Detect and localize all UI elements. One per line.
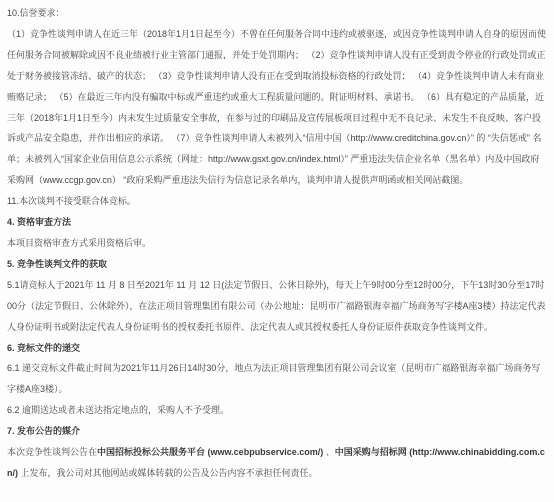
text-run: 6. 竞标文件的递交 — [7, 343, 80, 353]
text-run: 上发布，我公司对其他网站或媒体转载的公告及公告内容不承担任何责任。 — [21, 468, 318, 478]
paragraph: 本项目资格审查方式采用资格后审。 — [7, 233, 547, 254]
text-run: 10.信誉要求： — [7, 8, 65, 18]
section-heading: 7. 发布公告的媒介 — [7, 421, 547, 442]
paragraph: （1）竞争性谈判申请人在近三年（2018年1月1日起至今）不曾在任何服务合同中违… — [7, 24, 547, 191]
text-run: 中国招标投标公共服务平台 (www.cebpubservice.com/) — [97, 447, 326, 457]
text-run: 11.本次谈判不接受联合体竞标。 — [7, 196, 136, 206]
text-run: （1）竞争性谈判申请人在近三年（2018年1月1日起至今）不曾在任何服务合同中违… — [7, 29, 546, 185]
text-run: 7. 发布公告的媒介 — [7, 426, 80, 436]
announcement-document: 10.信誉要求：（1）竞争性谈判申请人在近三年（2018年1月1日起至今）不曾在… — [0, 0, 554, 502]
text-run: 本项目资格审查方式采用资格后审。 — [7, 238, 151, 248]
paragraph: 11.本次谈判不接受联合体竞标。 — [7, 191, 547, 212]
paragraph: 6.2 逾期送达或者未送达指定地点的，采购人不予受理。 — [7, 400, 547, 421]
section-heading: 6. 竞标文件的递交 — [7, 338, 547, 359]
paragraph: 10.信誉要求： — [7, 3, 547, 24]
paragraph: 5.1请竞标人于2021年 11 月 8 日至2021年 11 月 12 日(法… — [7, 275, 547, 338]
section-heading: 5. 竞争性谈判文件的获取 — [7, 254, 547, 275]
section-heading: 4. 资格审查方法 — [7, 212, 547, 233]
text-run: 6.2 逾期送达或者未送达指定地点的，采购人不予受理。 — [7, 405, 229, 415]
text-run: 4. 资格审查方法 — [7, 217, 71, 227]
text-run: 5.1请竞标人于2021年 11 月 8 日至2021年 11 月 12 日(法… — [7, 280, 546, 332]
text-run: 5. 竞争性谈判文件的获取 — [7, 259, 107, 269]
text-run: 、 — [326, 447, 335, 457]
text-run: 本次竞争性谈判公告在 — [7, 447, 97, 457]
text-run: 6.1 递交竞标文件截止时间为2021年11月26日14时30分，地点为法正项目… — [7, 363, 540, 394]
paragraph: 本次竞争性谈判公告在中国招标投标公共服务平台 (www.cebpubservic… — [7, 442, 547, 484]
paragraph: 6.1 递交竞标文件截止时间为2021年11月26日14时30分，地点为法正项目… — [7, 358, 547, 400]
